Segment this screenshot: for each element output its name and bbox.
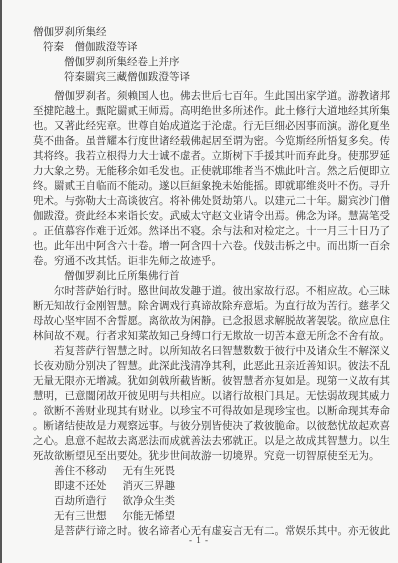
text-line: 。断诸结使故是力观察远事。与彼分别皆使决了救彼脆命。以彼愁忧故起欢喜 <box>33 419 394 434</box>
text-line: 。欲断不善财业现其有财业。以珍宝不可得故如是现珍宝也。以断命现其寿命 <box>33 404 394 419</box>
text-line: 长夜劝励分别决了智慧。此深此浅清净其利，此恶此丑亲近善知识。彼法不乱 <box>33 359 394 374</box>
text-line: 伽跋澄。赍此经本来诣长安。武威太守赵文业请令出焉。佛念为译。慧嵩笔受 <box>33 209 394 224</box>
header-block: 僧伽罗刹所集经 符秦 僧伽跋澄等译 僧伽罗刹所集经卷上并序 符秦罽宾三藏僧伽跋澄… <box>33 25 394 85</box>
section-title: 僧伽罗刹比丘所集佛行首 <box>33 269 394 284</box>
verse-right: 欲净众生类 <box>107 496 176 507</box>
translator-short-line: 符秦 僧伽跋澄等译 <box>33 40 394 55</box>
text-line: 母故心坚牢固不舍誓愿。离欲故为闲静。已念报恩求解脱故著袈裟。欲应息住 <box>33 314 394 329</box>
verse-right: 消灭三界趣 <box>107 481 176 492</box>
sutra-title: 僧伽罗刹所集经 <box>33 25 394 40</box>
body-paragraph-1: 尔时菩萨始行时。愍世间故发趣于道。彼出家故行忍。不相应故。心三昧 断无知故行金刚… <box>33 284 394 344</box>
text-line: 断无知故行金刚智慧。除舍调戏行真谛故除弃意垢。为直行故为苦行。慈孝父 <box>33 299 394 314</box>
verse-right: 尔能无悕望 <box>107 511 176 522</box>
text-line: 也。又著此经宪章。世尊自始成道迄于沦虚。行无巨细必因事而演。游化夏坐 <box>33 119 394 134</box>
translator-full-line: 符秦罽宾三藏僧伽跋澄等译 <box>33 70 394 85</box>
preface-paragraph: 僧伽罗刹者。须赖国人也。佛去世后七百年。生此国出家学道。游教诸邦 至揵陀越土。甄… <box>33 89 394 269</box>
verse-row: 即逮不还处消灭三界趣 <box>33 479 394 494</box>
text-line: 卷。穷通不改其恬。讵非先师之故迹乎。 <box>33 254 394 269</box>
text-line: 无量无限亦无增减。犹如剑戟所截皆断。彼智慧者亦复如是。现第一义故有其 <box>33 374 394 389</box>
text-line: 。正值慕容作难于近郊。然译出不寝。余与法和对检定之。十一月三十日乃了 <box>33 224 394 239</box>
verse-block: 善住不移动无有生死畏 即逮不还处消灭三界趣 百劫所造行欲净众生类 无有三世想尔能… <box>33 464 394 524</box>
verse-row: 无有三世想尔能无悕望 <box>33 509 394 524</box>
text-line: 莫不曲备。虽普耀本行度世诸经载佛起居至谓为密。今览斯经所悟复多矣。传 <box>33 134 394 149</box>
text-line: 若复菩萨行智慧之时。以所知故名曰智慧数数于彼行中及诸众生不解深义 <box>33 344 394 359</box>
text-content: 僧伽罗刹所集经 符秦 僧伽跋澄等译 僧伽罗刹所集经卷上并序 符秦罽宾三藏僧伽跋澄… <box>33 25 394 539</box>
verse-left: 无有三世想 <box>33 511 107 522</box>
text-line: 之心。息意不起故去离恶法而成就善法去邪就正。以是之故成其智慧力。以生 <box>33 434 394 449</box>
text-line: 僧伽罗刹者。须赖国人也。佛去世后七百年。生此国出家学道。游教诸邦 <box>33 89 394 104</box>
verse-right: 无有生死畏 <box>107 466 176 477</box>
text-line: 终。罽贰王自临而不能动。遂以巨絙象挽未始能摇。即就耶维炎叶不伤。寻升 <box>33 179 394 194</box>
text-line: 力大象之势。无能移余如毛发也。正使就耶维者当不燋此叶言。然之后便即立 <box>33 164 394 179</box>
verse-row: 善住不移动无有生死畏 <box>33 464 394 479</box>
text-line: 至揵陀越土。甄陀罽贰王师焉。高明绝世多所述作。此土修行大道地经其所集 <box>33 104 394 119</box>
verse-left: 即逮不还处 <box>33 481 107 492</box>
text-line: 慧明，已意闇闭故开彼见明与共相应。以诸行故根门具足。无怯弱故现其威力 <box>33 389 394 404</box>
sutra-page: 僧伽罗刹所集经 符秦 僧伽跋澄等译 僧伽罗刹所集经卷上并序 符秦罽宾三藏僧伽跋澄… <box>0 0 398 563</box>
text-line: 其将终。我若立根得力大士诚不虚者。立斯树下手援其叶而弃此身。使那罗延 <box>33 149 394 164</box>
text-line: 死故欲断望见至出要处。犹步世间故游一切境界。究竟一切智原使至无为。 <box>33 449 394 464</box>
body-paragraph-2: 若复菩萨行智慧之时。以所知故名曰智慧数数于彼行中及诸众生不解深义 长夜劝励分别决… <box>33 344 394 464</box>
text-line: 尔时菩萨始行时。愍世间故发趣于道。彼出家故行忍。不相应故。心三昧 <box>33 284 394 299</box>
verse-left: 善住不移动 <box>33 466 107 477</box>
text-line: 也。此年出中阿含六十卷。增一阿含四十六卷。伐鼓击柝之中。而出斯一百余 <box>33 239 394 254</box>
page-number: - 1 - <box>0 534 398 546</box>
text-line: 兜术。与弥勒大士高谈彼宫。将补佛处贤劫第八。以建元二十年。罽宾沙门僧 <box>33 194 394 209</box>
volume-title: 僧伽罗刹所集经卷上并序 <box>33 55 394 70</box>
verse-row: 百劫所造行欲净众生类 <box>33 494 394 509</box>
verse-left: 百劫所造行 <box>33 496 107 507</box>
scan-edge-line <box>0 0 2 563</box>
text-line: 林间故不观。行者求知菜故知己身缚口行无欺故一切苦本意无所念不舍有故。 <box>33 329 394 344</box>
